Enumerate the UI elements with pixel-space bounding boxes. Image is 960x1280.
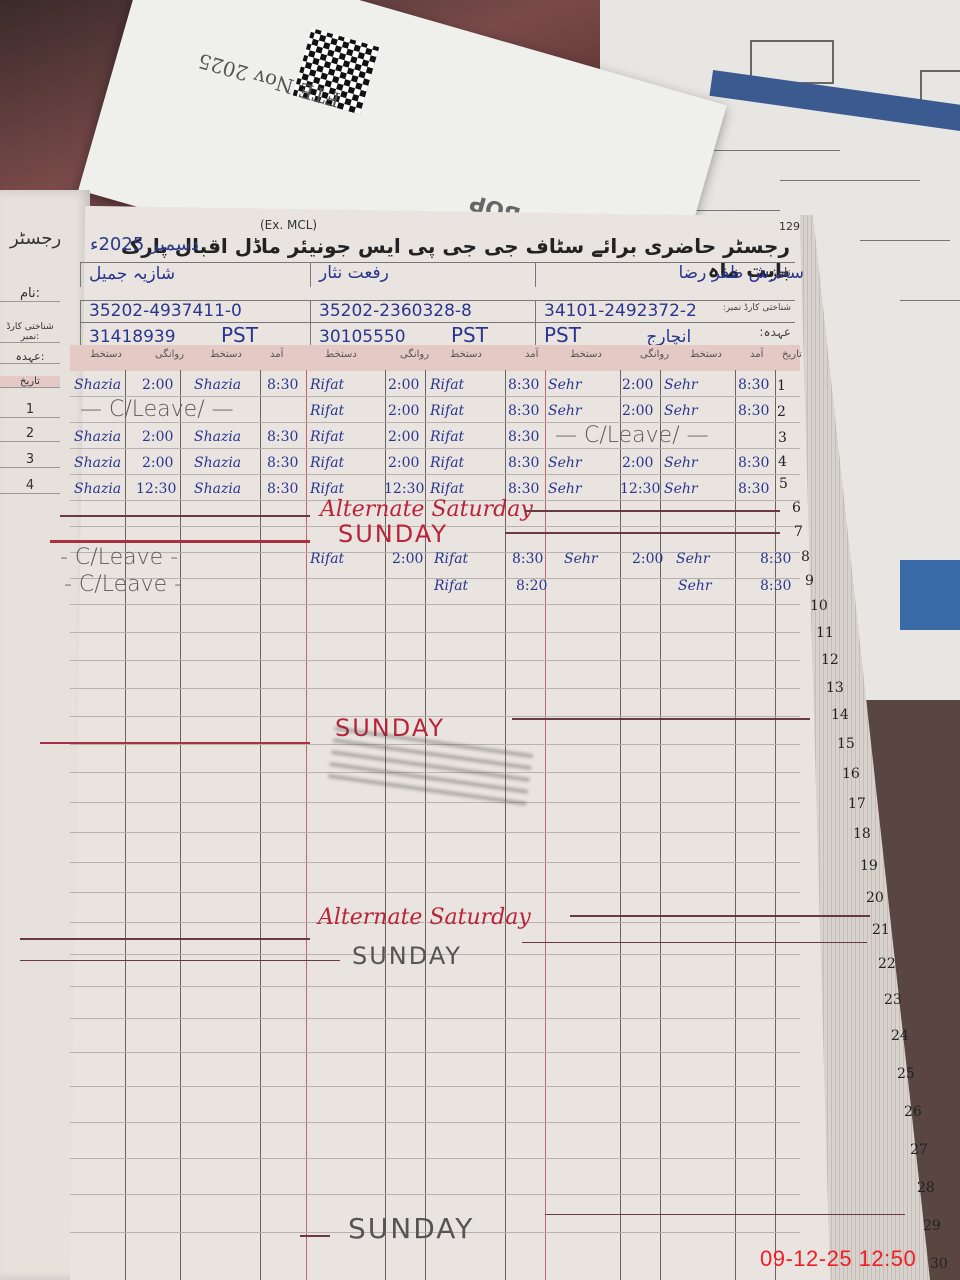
left-label-cnic: شناختی کارڈ نمبر:	[0, 322, 60, 343]
arrival-time: 8:30	[512, 551, 543, 567]
left-date: 4	[0, 478, 60, 494]
date-cell: 30	[930, 1256, 948, 1272]
banner-sunday: SUNDAY	[352, 942, 462, 970]
strike-line	[512, 718, 810, 720]
departure-time: 2:00	[388, 429, 419, 445]
date-cell: 7	[794, 524, 803, 540]
date-cell: 23	[884, 992, 902, 1008]
departure-time: 2:00	[388, 377, 419, 393]
signature: Rifat	[310, 429, 344, 445]
departure-time: 2:00	[622, 377, 653, 393]
col-arrival: آمد	[270, 349, 283, 360]
signature: Shazia	[194, 455, 241, 471]
date-cell: 15	[837, 736, 855, 752]
strike-line	[570, 915, 870, 917]
header-designation-row: 31418939 PST 30105550 PST PST انچارج عہد…	[80, 322, 795, 347]
date-cell: 17	[848, 796, 866, 812]
arrival-time: 8:30	[267, 429, 298, 445]
strike-line	[20, 938, 310, 940]
arrival-time: 8:30	[508, 429, 539, 445]
col-arrival: آمد	[750, 349, 763, 360]
column-header-row: دستخط روانگی دستخط آمد دستخط روانگی دستخ…	[70, 345, 800, 371]
banner-sunday: SUNDAY	[348, 1212, 474, 1245]
exclusion-note: (Ex. MCL)	[260, 218, 317, 232]
signature: Shazia	[74, 377, 121, 393]
departure-time: 2:00	[142, 377, 173, 393]
camera-timestamp: 09-12-25 12:50	[760, 1246, 916, 1272]
arrival-time: 8:30	[267, 377, 298, 393]
date-cell: 6	[792, 500, 801, 516]
date-cell: 18	[853, 826, 871, 842]
page-number: 129	[779, 220, 800, 233]
signature: Rifat	[310, 481, 344, 497]
attendance-row-day-9: - C/Leave - Rifat 8:20 Sehr 8:30	[70, 574, 800, 600]
date-cell: 16	[842, 766, 860, 782]
signature: Sehr	[564, 551, 598, 567]
strike-line	[50, 540, 310, 543]
register-title-row: 129 رجسٹر حاضری برائے سٹاف جی جی پی ایس …	[90, 232, 790, 262]
arrival-time: 8:30	[738, 377, 769, 393]
attendance-row-day-8: - C/Leave - Rifat 2:00 Rifat 8:30 Sehr 2…	[70, 547, 800, 573]
date-cell: 19	[860, 858, 878, 874]
staff1-name: سحرش ظفر رضا	[535, 263, 844, 287]
arrival-time: 8:30	[508, 403, 539, 419]
signature: Rifat	[310, 455, 344, 471]
left-label-name: نام:	[0, 286, 60, 302]
staff3-number: 31418939	[89, 327, 176, 347]
col-signature: دستخط	[450, 349, 482, 360]
signature: Sehr	[664, 455, 698, 471]
staff3-grade: PST	[221, 323, 258, 347]
col-arrival: آمد	[525, 349, 538, 360]
left-date: 1	[0, 402, 60, 418]
col-signature: دستخط	[570, 349, 602, 360]
date-cell: 9	[805, 573, 814, 589]
date-cell: 8	[801, 549, 810, 565]
departure-time: 2:00	[142, 455, 173, 471]
leave-note: - C/Leave -	[60, 545, 178, 570]
departure-time: 2:00	[632, 551, 663, 567]
departure-time: 12:30	[384, 481, 424, 497]
staff3-name: شازیہ جمیل	[80, 263, 314, 287]
signature: Rifat	[310, 403, 344, 419]
strike-line	[525, 510, 780, 512]
departure-time: 12:30	[620, 481, 660, 497]
date-cell: 5	[779, 476, 788, 492]
signature: Sehr	[664, 481, 698, 497]
register-month: دسمبر 2025ء	[90, 234, 199, 255]
date-cell: 2	[777, 404, 786, 420]
signature: Rifat	[430, 455, 464, 471]
strike-line	[545, 1214, 905, 1215]
signature: Sehr	[664, 403, 698, 419]
signature: Shazia	[74, 455, 121, 471]
signature: Rifat	[310, 377, 344, 393]
signature: Rifat	[430, 377, 464, 393]
signature: Shazia	[194, 377, 241, 393]
date-cell: 10	[810, 598, 828, 614]
departure-time: 2:00	[622, 455, 653, 471]
staff1-grade: PST	[544, 323, 581, 347]
arrival-time: 8:30	[760, 551, 791, 567]
arrival-time: 8:30	[508, 481, 539, 497]
date-cell: 25	[897, 1066, 915, 1082]
leave-note: — C/Leave/ —	[555, 423, 709, 448]
signature: Shazia	[194, 429, 241, 445]
staff2-name: رفعت نثار	[310, 263, 544, 287]
arrival-time: 8:30	[738, 481, 769, 497]
date-cell: 14	[831, 707, 849, 723]
date-cell: 21	[872, 922, 890, 938]
departure-time: 12:30	[136, 481, 176, 497]
departure-time: 2:00	[142, 429, 173, 445]
departure-time: 2:00	[388, 403, 419, 419]
signature: Rifat	[434, 578, 468, 594]
signature: Rifat	[310, 551, 344, 567]
signature: Sehr	[548, 481, 582, 497]
label-name: نام:	[773, 265, 791, 279]
date-cell: 11	[816, 625, 834, 641]
signature: Sehr	[548, 403, 582, 419]
arrival-time: 8:30	[760, 578, 791, 594]
col-signature: دستخط	[210, 349, 242, 360]
attendance-row-day-1: Shazia 2:00 Shazia 8:30 Rifat 2:00 Rifat…	[70, 373, 800, 399]
col-departure: روانگی	[640, 349, 669, 360]
departure-time: 2:00	[392, 551, 423, 567]
signature: Rifat	[430, 403, 464, 419]
signature: Shazia	[194, 481, 241, 497]
signature: Sehr	[548, 455, 582, 471]
arrival-time: 8:30	[738, 455, 769, 471]
banner-alternate-saturday: Alternate Saturday	[318, 905, 531, 930]
date-cell: 20	[866, 890, 884, 906]
arrival-time: 8:30	[738, 403, 769, 419]
date-cell: 27	[910, 1142, 928, 1158]
date-cell: 29	[923, 1218, 941, 1234]
col-departure: روانگی	[400, 349, 429, 360]
signature: Sehr	[678, 578, 712, 594]
col-signature: دستخط	[90, 349, 122, 360]
departure-time: 2:00	[622, 403, 653, 419]
strike-line	[60, 515, 310, 517]
signature: Shazia	[74, 429, 121, 445]
signature: Rifat	[430, 429, 464, 445]
left-label-designation: عہدہ:	[0, 350, 60, 364]
left-page-heading: رجسٹر	[10, 228, 61, 249]
leave-note: — C/Leave/ —	[80, 397, 234, 422]
signature: Sehr	[676, 551, 710, 567]
attendance-row-day-3: Shazia 2:00 Shazia 8:30 Rifat 2:00 Rifat…	[70, 425, 800, 451]
strike-line	[300, 1235, 330, 1237]
staff2-grade: PST	[451, 323, 488, 347]
strike-line	[505, 532, 780, 534]
label-designation: عہدہ:	[759, 325, 791, 339]
left-label-date: تاریخ	[0, 376, 60, 388]
date-cell: 26	[904, 1104, 922, 1120]
arrival-time: 8:20	[516, 578, 547, 594]
banner-alternate-saturday: Alternate Saturday	[320, 497, 533, 522]
date-cell: 12	[821, 652, 839, 668]
header-name-row: شازیہ جمیل رفعت نثار سحرش ظفر رضا نام:	[80, 262, 795, 287]
date-cell: 3	[778, 430, 787, 446]
left-date: 2	[0, 426, 60, 442]
leave-note: - C/Leave -	[64, 572, 182, 597]
col-signature: دستخط	[325, 349, 357, 360]
staff1-designation: انچارج	[646, 327, 691, 347]
attendance-row-day-4: Shazia 2:00 Shazia 8:30 Rifat 2:00 Rifat…	[70, 451, 800, 477]
date-cell: 24	[891, 1028, 909, 1044]
col-departure: روانگی	[155, 349, 184, 360]
left-date: 3	[0, 452, 60, 468]
col-date: تاریخ	[782, 349, 802, 360]
strike-line	[40, 742, 310, 744]
arrival-time: 8:30	[508, 455, 539, 471]
date-cell: 4	[778, 454, 787, 470]
date-cell: 1	[777, 378, 786, 394]
date-cell: 28	[917, 1180, 935, 1196]
col-signature: دستخط	[690, 349, 722, 360]
label-cnic: شناختی کارڈ نمبر:	[723, 303, 791, 313]
signature: Sehr	[664, 377, 698, 393]
strike-line	[20, 960, 340, 961]
date-cell: 22	[878, 956, 896, 972]
staff2-number: 30105550	[319, 327, 406, 347]
departure-time: 2:00	[388, 455, 419, 471]
date-cell: 13	[826, 680, 844, 696]
attendance-row-day-2: — C/Leave/ — Rifat 2:00 Rifat 8:30 Sehr …	[70, 399, 800, 425]
signature: Shazia	[74, 481, 121, 497]
signature: Rifat	[430, 481, 464, 497]
arrival-time: 8:30	[267, 455, 298, 471]
signature: Rifat	[434, 551, 468, 567]
signature: Sehr	[548, 377, 582, 393]
arrival-time: 8:30	[508, 377, 539, 393]
arrival-time: 8:30	[267, 481, 298, 497]
banner-sunday: SUNDAY	[338, 520, 448, 548]
strike-line	[522, 942, 867, 943]
